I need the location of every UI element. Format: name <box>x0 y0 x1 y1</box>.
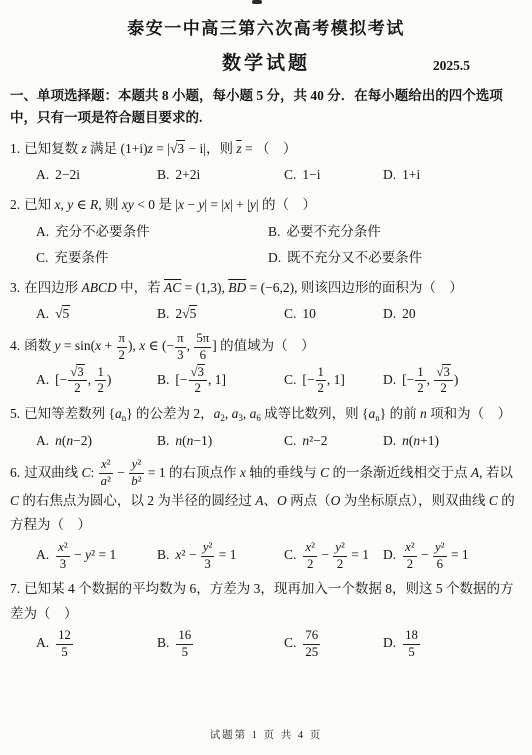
question-text: 过双曲线 C: x²a² − y²b² = 1 的右顶点作 x 轴的垂线与 C … <box>10 465 515 533</box>
option-label: D. <box>383 635 396 650</box>
option-7-c: C.7625 <box>284 629 383 660</box>
option-6-c: C.x²2 − y²2 = 1 <box>284 541 383 572</box>
option-label: A. <box>36 635 49 650</box>
section-instructions: 一、单项选择题：本题共 8 小题，每小题 5 分，共 40 分．在每小题给出的四… <box>10 85 522 128</box>
option-text: 1+i <box>402 167 420 182</box>
option-text: 必要不充分条件 <box>286 224 381 239</box>
option-label: C. <box>284 167 296 182</box>
option-text: [−√32, 1] <box>175 372 226 387</box>
option-text: [−√32, 12) <box>55 372 111 387</box>
option-3-a: A.√5 <box>36 303 157 326</box>
question-number: 6. <box>10 465 20 480</box>
option-1-b: B.2+2i <box>157 164 284 187</box>
question-number: 4. <box>10 338 20 353</box>
paper-title: 数学试题 <box>222 48 310 75</box>
question-5-options: A.n(n−2) B.n(n−1) C.n²−2 D.n(n+1) <box>36 430 522 453</box>
option-2-c: C.充要条件 <box>36 247 268 270</box>
option-text: 2+2i <box>175 167 200 182</box>
question-7-options: A.125 B.165 C.7625 D.185 <box>36 629 522 660</box>
question-5: 5.已知等差数列 {an} 的公差为 2，a2, a3, a6 成等比数列，则 … <box>10 402 522 452</box>
question-number: 7. <box>10 581 20 596</box>
paper-subtitle-row: 数学试题 2025.5 <box>10 48 522 75</box>
option-5-a: A.n(n−2) <box>36 430 157 453</box>
question-number: 3. <box>10 280 20 295</box>
question-number: 1. <box>10 141 20 156</box>
question-4-options: A.[−√32, 12) B.[−√32, 1] C.[−12, 1] D.[−… <box>36 366 522 397</box>
scan-artifact-mark <box>252 0 262 4</box>
question-6-options: A.x²3 − y² = 1 B.x² − y²3 = 1 C.x²2 − y²… <box>36 541 522 572</box>
option-text: 2√5 <box>175 306 197 321</box>
option-5-d: D.n(n+1) <box>383 430 522 453</box>
option-label: D. <box>383 547 396 562</box>
option-text: [−12, √32) <box>402 372 458 387</box>
option-text: 2−2i <box>55 167 80 182</box>
question-text: 函数 y = sin(x + π2), x ∈ (−π3, 5π6] 的值域为（… <box>24 338 314 353</box>
question-2: 2.已知 x, y ∈ R, 则 xy < 0 是 |x − y| = |x| … <box>10 193 522 269</box>
question-1-stem: 1.已知复数 z 满足 (1+i)z = |√3 − i|，则 z = （ ） <box>10 137 522 161</box>
option-text: 10 <box>302 306 316 321</box>
option-label: B. <box>157 167 169 182</box>
option-text: [−12, 1] <box>302 372 345 387</box>
question-4: 4.函数 y = sin(x + π2), x ∈ (−π3, 5π6] 的值域… <box>10 332 522 396</box>
question-1-options: A.2−2i B.2+2i C.1−i D.1+i <box>36 164 522 187</box>
option-label: B. <box>157 372 169 387</box>
option-label: A. <box>36 167 49 182</box>
option-label: A. <box>36 306 49 321</box>
option-3-b: B.2√5 <box>157 303 284 326</box>
option-label: B. <box>157 547 169 562</box>
option-label: D. <box>383 167 396 182</box>
option-text: x²2 − y²2 = 1 <box>302 547 369 562</box>
question-number: 5. <box>10 406 20 421</box>
page-number-footer: 试题第 1 页 共 4 页 <box>0 727 532 742</box>
option-2-b: B.必要不充分条件 <box>268 221 522 244</box>
exam-date: 2025.5 <box>433 58 470 74</box>
option-label: C. <box>284 306 296 321</box>
option-label: B. <box>268 224 280 239</box>
option-label: C. <box>284 635 296 650</box>
question-text: 已知等差数列 {an} 的公差为 2，a2, a3, a6 成等比数列，则 {a… <box>24 406 511 421</box>
option-label: B. <box>157 635 169 650</box>
question-3-options: A.√5 B.2√5 C.10 D.20 <box>36 303 522 326</box>
option-text: x²3 − y² = 1 <box>55 547 116 562</box>
option-6-d: D.x²2 − y²6 = 1 <box>383 541 522 572</box>
option-4-d: D.[−12, √32) <box>383 366 522 397</box>
option-5-b: B.n(n−1) <box>157 430 284 453</box>
question-7: 7.已知某 4 个数据的平均数为 6，方差为 3，现再加入一个数据 8，则这 5… <box>10 577 522 659</box>
option-text: n(n+1) <box>402 433 439 448</box>
option-6-a: A.x²3 − y² = 1 <box>36 541 157 572</box>
option-text: 185 <box>402 635 421 650</box>
question-1: 1.已知复数 z 满足 (1+i)z = |√3 − i|，则 z = （ ） … <box>10 137 522 187</box>
question-2-options: A.充分不必要条件 B.必要不充分条件 C.充要条件 D.既不充分又不必要条件 <box>36 221 522 270</box>
option-label: D. <box>268 250 281 265</box>
option-label: B. <box>157 433 169 448</box>
question-text: 已知 x, y ∈ R, 则 xy < 0 是 |x − y| = |x| + … <box>24 197 316 212</box>
option-label: C. <box>284 433 296 448</box>
option-text: 125 <box>55 635 74 650</box>
exam-paper-page: 泰安一中高三第六次高考模拟考试 数学试题 2025.5 一、单项选择题：本题共 … <box>0 0 532 755</box>
option-2-a: A.充分不必要条件 <box>36 221 268 244</box>
question-text: 已知某 4 个数据的平均数为 6，方差为 3，现再加入一个数据 8，则这 5 个… <box>10 581 514 620</box>
option-text: n(n−2) <box>55 433 92 448</box>
option-1-d: D.1+i <box>383 164 522 187</box>
option-4-c: C.[−12, 1] <box>284 366 383 397</box>
option-label: C. <box>284 547 296 562</box>
option-label: A. <box>36 224 49 239</box>
option-label: C. <box>284 372 296 387</box>
exam-title: 泰安一中高三第六次高考模拟考试 <box>10 14 522 39</box>
option-label: D. <box>383 306 396 321</box>
option-7-b: B.165 <box>157 629 284 660</box>
question-number: 2. <box>10 197 20 212</box>
question-3: 3.在四边形 ABCD 中，若 AC = (1,3), BD = (−6,2),… <box>10 276 522 326</box>
question-6-stem: 6.过双曲线 C: x²a² − y²b² = 1 的右顶点作 x 轴的垂线与 … <box>10 458 522 537</box>
option-label: A. <box>36 547 49 562</box>
option-text: n(n−1) <box>175 433 212 448</box>
option-text: 7625 <box>302 635 321 650</box>
option-label: B. <box>157 306 169 321</box>
question-3-stem: 3.在四边形 ABCD 中，若 AC = (1,3), BD = (−6,2),… <box>10 276 522 300</box>
option-4-b: B.[−√32, 1] <box>157 366 284 397</box>
option-6-b: B.x² − y²3 = 1 <box>157 541 284 572</box>
option-7-a: A.125 <box>36 629 157 660</box>
option-label: D. <box>383 372 396 387</box>
question-4-stem: 4.函数 y = sin(x + π2), x ∈ (−π3, 5π6] 的值域… <box>10 332 522 363</box>
option-text: 充分不必要条件 <box>55 224 150 239</box>
option-2-d: D.既不充分又不必要条件 <box>268 247 522 270</box>
option-text: 1−i <box>302 167 320 182</box>
option-label: A. <box>36 433 49 448</box>
option-3-c: C.10 <box>284 303 383 326</box>
option-text: 充要条件 <box>54 250 108 265</box>
option-7-d: D.185 <box>383 629 522 660</box>
option-3-d: D.20 <box>383 303 522 326</box>
option-text: x² − y²3 = 1 <box>175 547 236 562</box>
option-text: 20 <box>402 306 416 321</box>
option-text: √5 <box>55 306 70 321</box>
question-7-stem: 7.已知某 4 个数据的平均数为 6，方差为 3，现再加入一个数据 8，则这 5… <box>10 577 522 626</box>
option-text: x²2 − y²6 = 1 <box>402 547 469 562</box>
question-5-stem: 5.已知等差数列 {an} 的公差为 2，a2, a3, a6 成等比数列，则 … <box>10 402 522 426</box>
option-label: D. <box>383 433 396 448</box>
option-1-a: A.2−2i <box>36 164 157 187</box>
option-5-c: C.n²−2 <box>284 430 383 453</box>
option-label: C. <box>36 250 48 265</box>
option-label: A. <box>36 372 49 387</box>
option-1-c: C.1−i <box>284 164 383 187</box>
question-text: 已知复数 z 满足 (1+i)z = |√3 − i|，则 z = （ ） <box>24 141 296 156</box>
question-6: 6.过双曲线 C: x²a² − y²b² = 1 的右顶点作 x 轴的垂线与 … <box>10 458 522 571</box>
question-text: 在四边形 ABCD 中，若 AC = (1,3), BD = (−6,2), 则… <box>24 280 463 295</box>
option-text: 既不充分又不必要条件 <box>287 250 422 265</box>
question-2-stem: 2.已知 x, y ∈ R, 则 xy < 0 是 |x − y| = |x| … <box>10 193 522 217</box>
option-text: n²−2 <box>302 433 327 448</box>
option-4-a: A.[−√32, 12) <box>36 366 157 397</box>
option-text: 165 <box>175 635 194 650</box>
